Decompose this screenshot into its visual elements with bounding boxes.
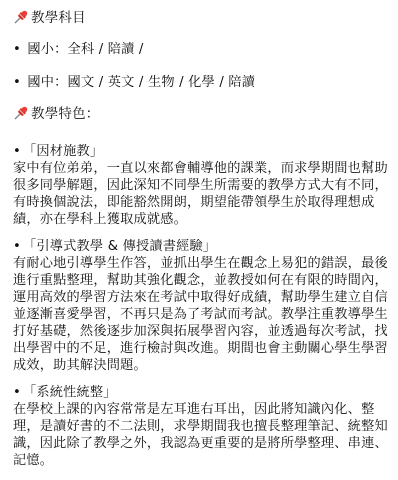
subject-item-junior-high: • 國中：國文 / 英文 / 生物 / 化學 / 陪讀 (13, 74, 255, 91)
paragraph-line: 出學習中的不足，進行檢討與改進。期間也會主動關心學生學習 (13, 340, 388, 357)
paragraph-line: 在學校上課的內容常常是左耳進右耳出，因此將知識內化、整 (13, 401, 374, 418)
paragraph-line: 識，因此除了教學之外，我認為更重要的是將所學整理、串連、 (13, 435, 388, 452)
pushpin-icon (13, 105, 29, 121)
subjects-heading: 教學科目 (13, 9, 86, 27)
section-heading-guided-teaching: •「引導式教學 & 傳授讀書經驗」 (13, 238, 216, 255)
subjects-title: 教學科目 (31, 10, 86, 26)
subject-item-elementary: • 國小：全科 / 陪讀 / (13, 41, 144, 58)
paragraph-line: 運用高效的學習方法來在考試中取得好成績，幫助學生建立自信 (13, 289, 388, 306)
section-heading-systematic-integration: •「系統性統整」 (13, 384, 117, 401)
paragraph-line: 記憶。 (13, 452, 53, 469)
paragraph-line: 並逐漸喜愛學習，不再只是為了考試而考試。教學注重教導學生 (13, 306, 388, 323)
paragraph-line: 成效，助其解決問題。 (13, 357, 147, 374)
features-heading: 教學特色： (13, 105, 100, 123)
features-title: 教學特色： (31, 106, 100, 122)
paragraph-line: 理，是讀好書的不二法則，求學期間我也擅長整理筆記、統整知 (13, 418, 388, 435)
paragraph-line: 很多同學解題，因此深知不同學生所需要的教學方式大有不同， (13, 177, 388, 194)
paragraph-line: 打好基礎，然後逐步加深與拓展學習內容，並透過每次考試，找 (13, 323, 388, 340)
paragraph-line: 進行重點整理，幫助其強化觀念，並教授如何在有限的時間內， (13, 272, 388, 289)
paragraph-line: 家中有位弟弟，一直以來都會輔導他的課業，而求學期間也幫助 (13, 160, 388, 177)
section-heading-tailored-teaching: •「因材施教」 (13, 143, 103, 160)
pushpin-icon (13, 9, 29, 25)
paragraph-line: 有時換個說法，即能豁然開朗，期望能帶領學生於取得理想成 (13, 194, 374, 211)
paragraph-line: 績，亦在學科上獲取成就感。 (13, 211, 187, 228)
paragraph-line: 有耐心地引導學生作答，並抓出學生在觀念上易犯的錯誤，最後 (13, 255, 388, 272)
